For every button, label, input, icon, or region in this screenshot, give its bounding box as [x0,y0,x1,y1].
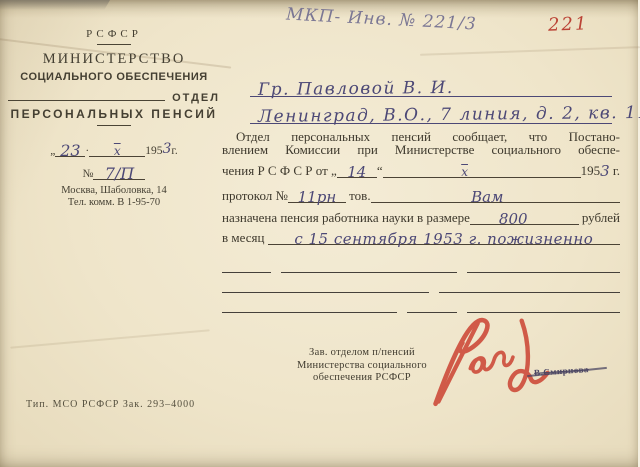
handwritten-doc-number: 7/П [105,167,135,181]
decision-year-suffix: г. [610,164,620,178]
handwritten-year-digit: 3 [162,141,171,157]
ruled-blank-line [222,293,620,313]
year-suffix: г. [171,145,177,157]
letterhead: РСФСР МИНИСТЕРСТВО СОЦИАЛЬНОГО ОБЕСПЕЧЕН… [8,28,220,208]
number-label: № [83,168,94,180]
addressee-address-line: Ленинград, В.О., 7 линия, д. 2, кв. 11 [250,97,612,124]
period-row: в месяц с 15 сентября 1953 г. пожизненно [222,226,620,245]
handwritten-amount: 800 [499,213,528,226]
body-date-row: чения Р С Ф С Р от „ 14 “ х 195 3 г. [222,159,620,178]
letterhead-dept-label: ОТДЕЛ [165,92,220,104]
decision-year-printed: 195 [581,164,601,178]
protocol-row: протокол № 11рн тов. Вам [222,184,620,203]
date-month-field: х [89,144,145,157]
addressee-name-line: Гр. Павловой В. И. [250,66,612,97]
blank-fill [557,206,579,225]
blank-fill [604,184,620,203]
letterhead-dept-name: ПЕРСОНАЛЬНЫХ ПЕНСИЙ [8,107,220,121]
document-number-field: 7/П [93,167,145,180]
handwritten-protocol-number: 11рн [298,191,337,204]
rubles-label: рублей [579,211,620,225]
handwritten-period: с 15 сентября 1953 г. пожизненно [294,233,593,246]
handwritten-addressee-address: Ленинград, В.О., 7 линия, д. 2, кв. 11 [250,105,640,125]
handwritten-day: 23 [60,144,80,158]
protocol-label: протокол № [222,189,288,203]
date-day-field: 23 [55,144,85,157]
handwritten-decision-year-digit: 3 [600,165,610,178]
signature-scrawl [418,308,553,411]
handwritten-addressee-name: Гр. Павловой В. И. [250,80,454,98]
ruled-blank-line [222,273,620,293]
amount-prefix: назначена пенсия работника науки в разме… [222,211,470,225]
paper-crease [10,329,209,348]
letterhead-ministry-line2: СОЦИАЛЬНОГО ОБЕСПЕЧЕНИЯ [8,71,220,83]
per-month-label: в месяц [222,231,268,245]
handwritten-decision-day: 14 [347,166,366,179]
paper-edge-shadow [0,0,110,10]
letterhead-phone: Тел. комм. В 1-95-70 [8,197,220,208]
period-field: с 15 сентября 1953 г. пожизненно [268,226,620,245]
letterhead-ministry-line1: МИНИСТЕРСТВО [8,51,220,68]
blank-line [8,100,165,101]
letterhead-republic: РСФСР [8,28,220,40]
protocol-number-field: 11рн [288,184,346,203]
addressee-block: Гр. Павловой В. И. Ленинград, В.О., 7 ли… [250,66,612,124]
signatory-title-line2: Министерства социального [283,360,441,373]
handwritten-recipient: Вам [471,191,503,204]
recipient-field: Вам [371,184,604,203]
body-line2: влением Комиссии при Министерстве социал… [222,143,620,156]
paper-crease [420,46,640,56]
signatory-title-line3: обеспечения РСФСР [283,372,441,385]
signatory-title-line1: Зав. отделом п/пенсий [283,347,441,360]
amount-row: назначена пенсия работника науки в разме… [222,206,620,225]
letterhead-rule [97,125,131,126]
tov-label: тов. [346,189,371,203]
decision-day-field: 14 [337,159,377,178]
handwritten-decision-month: х [461,166,468,179]
signatory-title-block: Зав. отделом п/пенсий Министерства социа… [283,347,441,385]
year-printed: 195 [145,145,162,157]
body-text: Отдел персональных пенсий сообщает, что … [222,130,620,313]
decision-month-field: х [383,159,547,178]
body-line3-prefix: чения Р С Ф С Р от „ [222,164,337,178]
amount-field: 800 [470,206,557,225]
inventory-number-note: МКП- Инв. № 221/3 [286,5,497,36]
ruled-blank-line [222,253,620,273]
blank-fill [547,159,581,178]
handwritten-month: х [114,144,121,158]
print-run-note: Тип. МСО РСФСР Зак. 293–4000 [26,399,195,410]
archive-number-red: 221 [548,13,589,35]
letterhead-dept-row: ОТДЕЛ [8,92,220,104]
letterhead-address: Москва, Шаболовка, 14 [8,185,220,196]
letterhead-number-row: № 7/П [8,160,220,180]
letterhead-rule [97,44,131,45]
letterhead-date-row: „ 23 · х 195 3 г. [8,137,220,157]
pension-notice-document: МКП- Инв. № 221/3 221 РСФСР МИНИСТЕРСТВО… [0,0,640,467]
